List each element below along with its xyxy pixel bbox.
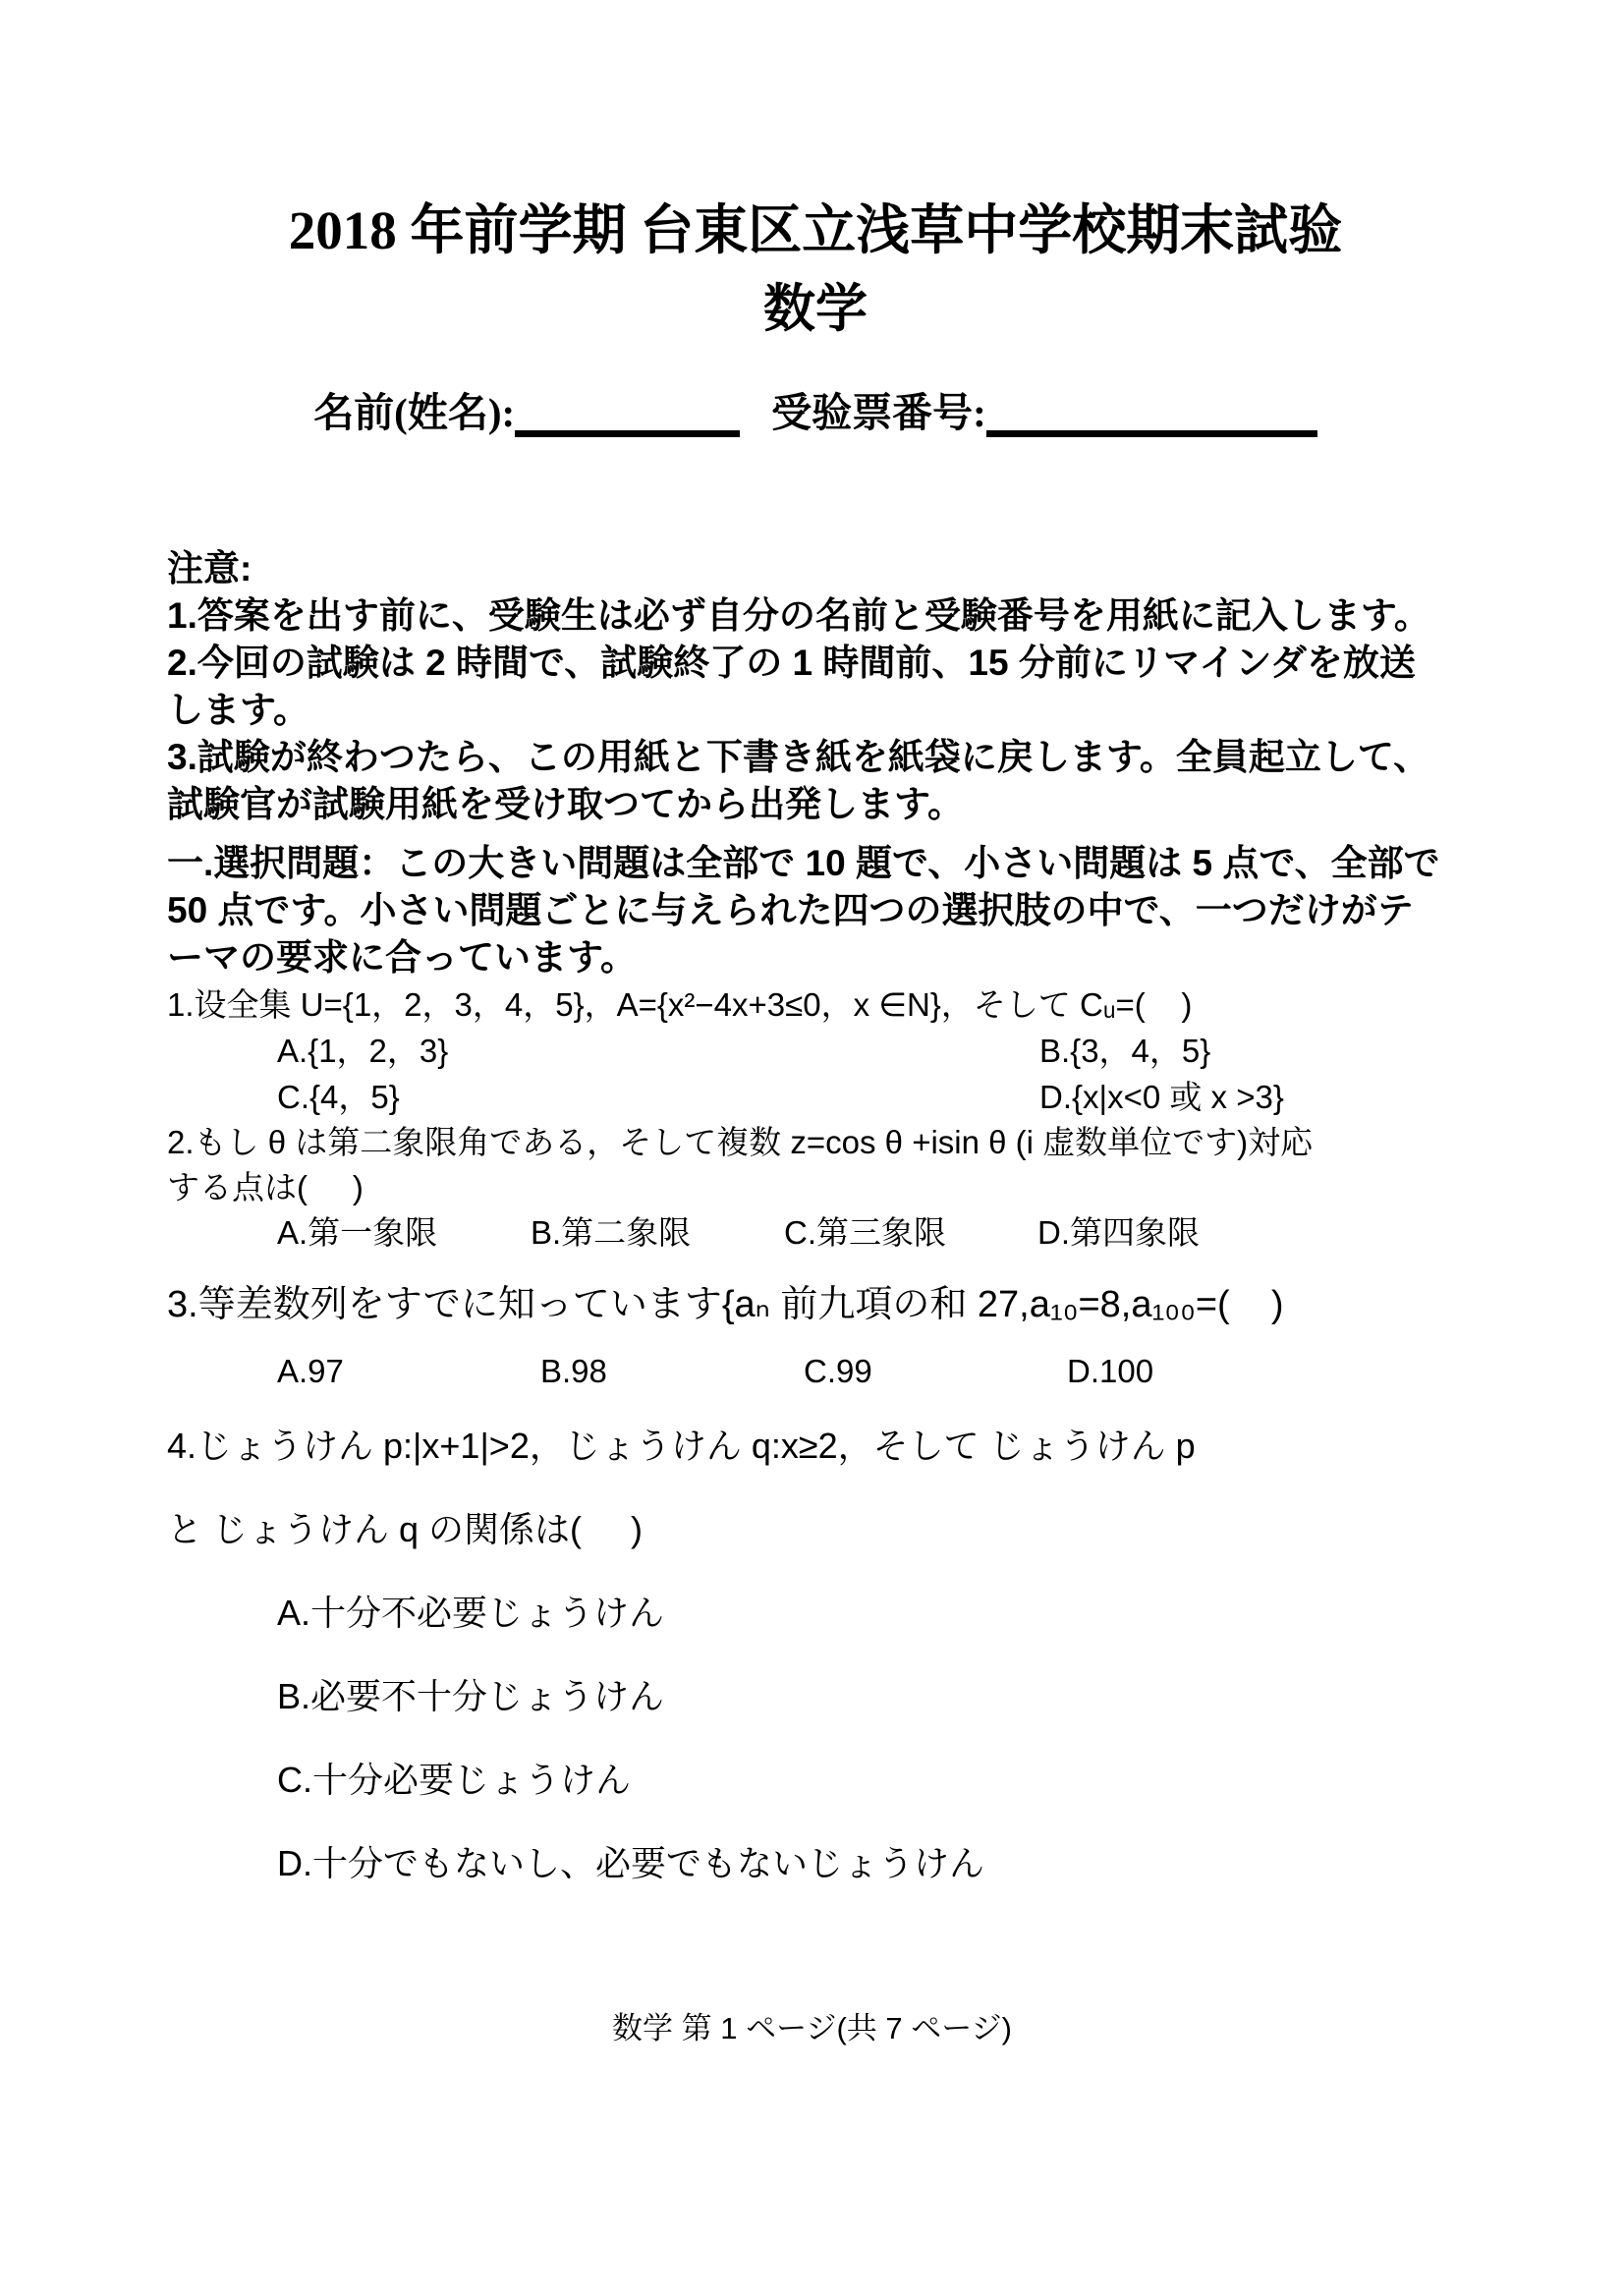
- question-1-option-c: C.{4，5}: [277, 1074, 1039, 1120]
- section-intro-line: 50 点です。小さい問題ごとに与えられた四つの選択肢の中で、一つだけがテ: [167, 887, 1464, 934]
- notice-heading: 注意:: [167, 545, 1464, 592]
- question-1-option-d: D.{x|x<0 或 x >3}: [1039, 1074, 1284, 1120]
- question-2-option-c: C.第三象限: [784, 1210, 1037, 1256]
- question-3-options-row: A.97 B.98 C.99 D.100: [167, 1348, 1464, 1394]
- question-4-option-c: C.十分必要じょうけん: [277, 1738, 1464, 1821]
- question-2-text-line-1: 2.もし θ は第二象限角である，そして複数 z=cos θ +isin θ (…: [167, 1120, 1464, 1165]
- section-intro-line: ーマの要求に合っています。: [167, 934, 1464, 981]
- page-footer: 数学 第 1 ページ(共 7 ページ): [0, 2009, 1624, 2048]
- notice-line: 2.今回の試験は 2 時間で、試験終了の 1 時間前、15 分前にリマインダを放…: [167, 640, 1464, 687]
- question-2-option-d: D.第四象限: [1037, 1210, 1291, 1256]
- name-label: 名前(姓名):: [313, 388, 515, 437]
- exam-content: 2018 年前学期 台東区立浅草中学校期末試验 数学 名前(姓名):受验票番号:…: [0, 0, 1624, 1905]
- question-1-option-a: A.{1，2，3}: [277, 1028, 1039, 1074]
- question-2-text-line-2: する点は( ): [167, 1165, 1464, 1210]
- ticket-number-blank-field: [986, 389, 1317, 437]
- page-subtitle: 数学: [167, 280, 1464, 339]
- question-1-option-b: B.{3，4，5}: [1039, 1028, 1210, 1074]
- exam-page: 2018 年前学期 台東区立浅草中学校期末試验 数学 名前(姓名):受验票番号:…: [0, 0, 1624, 2296]
- question-3-option-b: B.98: [540, 1348, 804, 1394]
- ticket-number-label: 受验票番号:: [771, 388, 986, 437]
- question-1-text: 1.设全集 U={1，2，3，4，5}，A={x²−4x+3≤0，x ∈N}，そ…: [167, 981, 1464, 1028]
- question-3-option-a: A.97: [277, 1348, 540, 1394]
- section-intro-line: 一.選択問題：この大きい問題は全部で 10 題で、小さい問題は 5 点で、全部で: [167, 840, 1464, 887]
- notice-line: 3.試験が終わつたら、この用紙と下書き紙を紙袋に戻します。全員起立して、: [167, 734, 1464, 781]
- question-4-option-d: D.十分でもないし、必要でもないじょうけん: [277, 1821, 1464, 1905]
- question-2-option-a: A.第一象限: [277, 1210, 531, 1256]
- name-blank-field: [515, 389, 740, 437]
- question-4: 4.じょうけん p:|x+1|>2，じょうけん q:x≥2，そして じょうけん …: [167, 1404, 1464, 1905]
- question-4-text-line-1: 4.じょうけん p:|x+1|>2，じょうけん q:x≥2，そして じょうけん …: [167, 1404, 1464, 1487]
- question-3-option-c: C.99: [804, 1348, 1067, 1394]
- notice-line: 試験官が試験用紙を受け取つてから出発します。: [167, 781, 1464, 828]
- question-4-option-b: B.必要不十分じょうけん: [277, 1654, 1464, 1738]
- section-one-intro: 一.選択問題：この大きい問題は全部で 10 題で、小さい問題は 5 点で、全部で…: [167, 840, 1464, 981]
- question-1-options-row-1: A.{1，2，3} B.{3，4，5}: [167, 1028, 1464, 1074]
- notice-line: します。: [167, 687, 1464, 734]
- question-1: 1.设全集 U={1，2，3，4，5}，A={x²−4x+3≤0，x ∈N}，そ…: [167, 981, 1464, 1120]
- question-2-option-b: B.第二象限: [531, 1210, 784, 1256]
- question-2: 2.もし θ は第二象限角である，そして複数 z=cos θ +isin θ (…: [167, 1120, 1464, 1256]
- question-1-options-row-2: C.{4，5} D.{x|x<0 或 x >3}: [167, 1074, 1464, 1120]
- question-3-text: 3.等差数列をすでに知っています{aₙ 前九項の和 27,a₁₀=8,a₁₀₀=…: [167, 1275, 1464, 1334]
- question-3: 3.等差数列をすでに知っています{aₙ 前九項の和 27,a₁₀=8,a₁₀₀=…: [167, 1275, 1464, 1394]
- name-and-ticket-row: 名前(姓名):受验票番号:: [167, 388, 1464, 437]
- question-2-options-row: A.第一象限 B.第二象限 C.第三象限 D.第四象限: [167, 1210, 1464, 1256]
- notice-block: 注意: 1.答案を出す前に、受験生は必ず自分の名前と受験番号を用紙に記入します。…: [167, 545, 1464, 828]
- question-3-option-d: D.100: [1067, 1348, 1330, 1394]
- question-4-option-a: A.十分不必要じょうけん: [277, 1571, 1464, 1654]
- page-title: 2018 年前学期 台東区立浅草中学校期末試验: [167, 196, 1464, 265]
- question-4-text-line-2: と じょうけん q の関係は( ): [167, 1487, 1464, 1571]
- notice-line: 1.答案を出す前に、受験生は必ず自分の名前と受験番号を用紙に記入します。: [167, 592, 1464, 640]
